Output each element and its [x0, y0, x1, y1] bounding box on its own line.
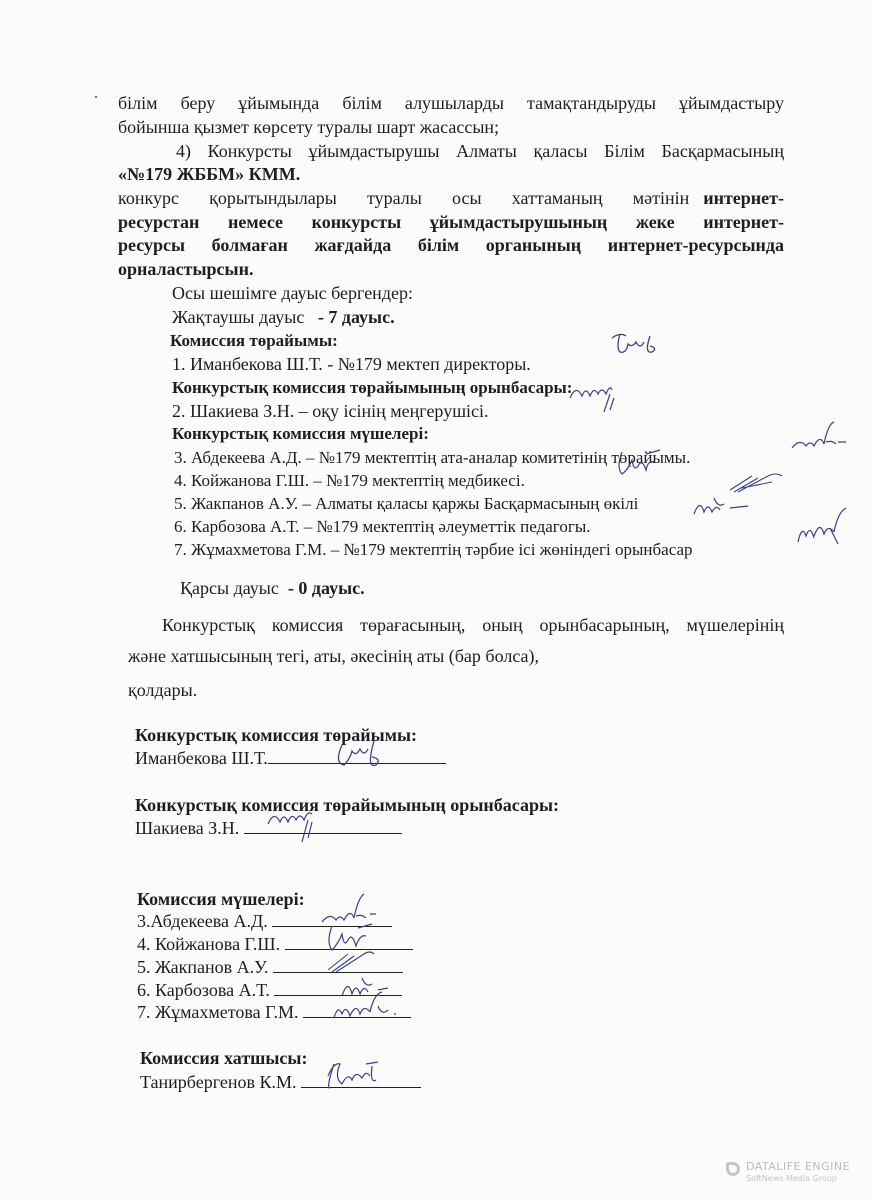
signatures-note-line-2: және хатшысының тегі, аты, әкесінің аты … [128, 645, 539, 667]
item4-line-6: орналастырсын. [118, 258, 253, 280]
signature-deputy [262, 804, 324, 846]
intro-line-2: бойынша қызмет көрсету туралы шарт жасас… [118, 116, 499, 138]
sig-members-heading: Комиссия мүшелері: [137, 888, 305, 910]
watermark-subtitle: SoftNews Media Group [746, 1174, 837, 1183]
votes-heading: Осы шешімге дауыс бергендер: [172, 282, 413, 304]
sig-member-name-5: 5. Жакпанов А.У. [137, 957, 268, 977]
sig-secretary-heading: Комиссия хатшысы: [140, 1047, 307, 1069]
chair-entry: 1. Иманбекова Ш.Т. - №179 мектеп директо… [172, 353, 531, 375]
signature-member-7-list [794, 506, 850, 548]
votes-for-label: Жақтаушы дауыс [172, 307, 304, 327]
votes-for-value: - 7 дауыс. [318, 307, 395, 327]
item4-line-5: ресурсы болмаған жағдайда білім органыны… [118, 234, 784, 256]
signature-chair-list [606, 330, 662, 360]
deputy-heading: Конкурстық комиссия төрайымының орынбаса… [172, 377, 572, 399]
signature-deputy-list [566, 380, 622, 414]
intro-line-1: білім беру ұйымында білім алушыларды там… [118, 92, 784, 114]
document-page: білім беру ұйымында білім алушыларды там… [0, 0, 872, 1200]
deputy-entry: 2. Шакиева З.Н. – оқу ісінің меңгерушісі… [172, 400, 489, 422]
member-entry-5: 5. Жакпанов А.У. – Алматы қаласы қаржы Б… [174, 493, 638, 515]
members-heading: Конкурстық комиссия мүшелері: [172, 423, 429, 445]
chair-heading: Комиссия төрайымы: [170, 330, 338, 352]
signature-member-6-list [690, 494, 752, 518]
scan-speck [95, 96, 97, 98]
signature-member-5 [326, 946, 376, 974]
member-entry-7: 7. Жұмахметова Г.М. – №179 мектептің тәр… [174, 539, 693, 561]
sig-member-name-7: 7. Жұмахметова Г.М. [137, 1002, 299, 1022]
votes-against: Қарсы дауыс - 0 дауыс. [180, 577, 365, 599]
sig-member-name-6: 6. Карбозова А.Т. [137, 980, 270, 1000]
member-entry-4: 4. Койжанова Г.Ш. – №179 мектептің медби… [174, 470, 525, 492]
signatures-note-line-1: Конкурстық комиссия төрағасының, оның ор… [162, 614, 784, 636]
votes-against-value: - 0 дауыс. [288, 578, 365, 598]
datalife-logo-icon [726, 1162, 740, 1176]
sig-member-name-4: 4. Койжанова Г.Ш. [137, 934, 280, 954]
item4-line-3: конкурс қорытындылары туралы осы хаттама… [118, 187, 784, 209]
sig-member-name-3: 3.Абдекеева А.Д. [137, 911, 268, 931]
sig-deputy-heading: Конкурстық комиссия төрайымының орынбаса… [135, 794, 559, 816]
member-entry-6: 6. Карбозова А.Т. – №179 мектептің әлеум… [174, 516, 591, 538]
sig-secretary-name: Танирбергенов К.М. [140, 1072, 297, 1092]
sig-chair-name: Иманбекова Ш.Т. [135, 748, 268, 768]
item4-line-2: «№179 ЖББМ» КММ. [118, 163, 300, 185]
signatures-note-line-3: қолдары. [128, 679, 197, 701]
item4-line-3-normal: конкурс қорытындылары туралы осы хаттама… [118, 187, 703, 209]
item4-line-4: ресурстан немесе конкурсты ұйымдастырушы… [118, 211, 784, 233]
item4-line-1: 4) Конкурсты ұйымдастырушы Алматы қаласы… [176, 140, 784, 162]
item4-line-3-bold: интернет- [703, 187, 784, 209]
signature-chair [330, 735, 390, 773]
watermark: DATALIFE ENGINE SoftNews Media Group [726, 1160, 866, 1192]
signature-member-5-list [728, 470, 784, 494]
votes-against-label: Қарсы дауыс [180, 578, 279, 598]
signature-member-4-list [612, 448, 668, 478]
watermark-title: DATALIFE ENGINE [746, 1160, 850, 1173]
sig-chair-row: Иманбекова Ш.Т. [135, 747, 446, 769]
signature-secretary [320, 1058, 392, 1092]
signature-member-7 [330, 990, 410, 1024]
votes-for: Жақтаушы дауыс - 7 дауыс. [172, 306, 395, 328]
sig-deputy-name: Шакиева З.Н. [135, 818, 239, 838]
signature-member-3-list [788, 420, 848, 456]
